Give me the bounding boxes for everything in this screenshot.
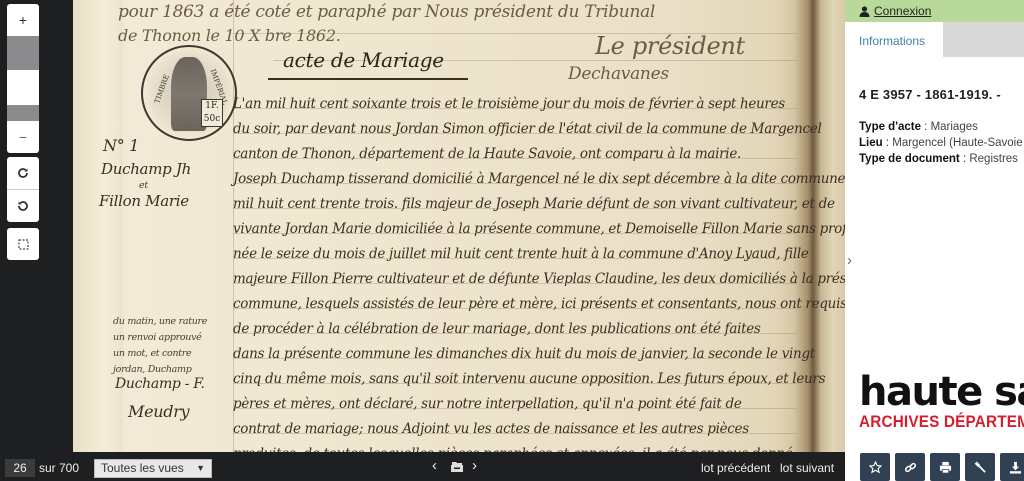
- body-line: du soir, par devant nous Jordan Simon of…: [233, 121, 822, 137]
- selection-button[interactable]: [7, 228, 39, 260]
- signature-line: Dechavanes: [568, 64, 669, 84]
- previous-lot-link[interactable]: lot précédent: [701, 461, 770, 475]
- body-line: Joseph Duchamp tisserand domicilié à Mar…: [233, 171, 845, 187]
- viewer-toolbar: 26 sur 700 Toutes les vues ▼ ‹ › lot pré…: [0, 452, 845, 481]
- panel-header: Connexion: [845, 0, 1024, 22]
- wrench-icon: [974, 461, 987, 474]
- rotate-controls: [7, 157, 39, 222]
- zoom-slider[interactable]: [7, 36, 39, 121]
- meta-row: Lieu : Margencel (Haute-Savoie: [859, 135, 1023, 151]
- meta-key: Type de document: [859, 153, 960, 165]
- view-filter-select[interactable]: Toutes les vues ▼: [94, 459, 212, 478]
- document-metadata: Type d'acte : Mariages Lieu : Margencel …: [859, 119, 1023, 167]
- body-line: vivante Jordan Marie domiciliée à la pré…: [233, 221, 845, 237]
- document-title: 4 E 3957 - 1861-1919. -: [859, 87, 1001, 102]
- print-icon: [939, 461, 952, 474]
- title-underline: [268, 78, 468, 80]
- body-line: commune, lesquels assistés de leur père …: [233, 296, 845, 312]
- zoom-out-button[interactable]: −: [7, 121, 39, 153]
- body-line: mil huit cent trente trois. fils majeur …: [233, 196, 835, 212]
- body-line: canton de Thonon, département de la Haut…: [233, 146, 741, 162]
- margin-name: Duchamp Jh: [101, 160, 191, 178]
- body-line: pères et mères, ont déclaré, sur notre i…: [233, 396, 742, 412]
- document-image[interactable]: pour 1863 a été coté et paraphé par Nous…: [73, 0, 845, 452]
- margin-note: un renvoi approuvé: [113, 332, 201, 343]
- rotate-left-button[interactable]: [7, 190, 39, 222]
- rotate-cw-icon: [17, 167, 29, 179]
- permalink-button[interactable]: [895, 453, 925, 481]
- logo-text: haute sa: [859, 372, 1024, 412]
- body-line: dans la présente commune les dimanches d…: [233, 346, 815, 362]
- link-icon: [904, 461, 917, 474]
- tools-button[interactable]: [965, 453, 995, 481]
- stamp-text: TIMBRE: [153, 73, 171, 104]
- tab-bar-filler: [943, 22, 1024, 57]
- image-viewer[interactable]: pour 1863 a été coté et paraphé par Nous…: [0, 0, 845, 452]
- page-total: sur 700: [39, 461, 79, 475]
- rotate-right-button[interactable]: [7, 157, 39, 189]
- margin-signature: Duchamp - F.: [115, 376, 205, 392]
- gallery-icon: [450, 460, 464, 473]
- body-line: contrat de mariage; nous Adjoint vu les …: [233, 421, 749, 437]
- meta-value: Mariages: [931, 121, 978, 133]
- meta-row: Type d'acte : Mariages: [859, 119, 1023, 135]
- meta-row: Type de document : Registres: [859, 151, 1023, 167]
- rotate-ccw-icon: [17, 200, 29, 212]
- margin-note: du matin, une rature: [113, 316, 207, 327]
- body-line: née le seize du mois de juillet mil huit…: [233, 246, 809, 262]
- zoom-stack: + −: [7, 4, 39, 153]
- info-panel: Connexion Informations 4 E 3957 - 1861-1…: [845, 0, 1024, 481]
- margin-note: jordan, Duchamp: [113, 364, 192, 375]
- logo-subtitle: ARCHIVES DÉPARTEM: [859, 412, 1024, 432]
- panel-tabs: Informations: [845, 22, 1024, 57]
- minus-icon: −: [19, 129, 27, 145]
- archives-logo: haute sa ARCHIVES DÉPARTEM: [859, 372, 1024, 432]
- login-link[interactable]: Connexion: [874, 4, 931, 18]
- download-button[interactable]: [1000, 453, 1024, 481]
- margin-number: N° 1: [103, 136, 139, 155]
- next-view-button[interactable]: ›: [472, 457, 477, 474]
- margin-conj: et: [139, 180, 148, 191]
- download-icon: [1009, 461, 1022, 474]
- meta-key: Type d'acte: [859, 121, 921, 133]
- margin-name: Fillon Marie: [99, 192, 189, 210]
- tool-buttons: [860, 453, 1024, 481]
- header-line: pour 1863 a été coté et paraphé par Nous…: [118, 2, 655, 22]
- print-button[interactable]: [930, 453, 960, 481]
- signature-line: Le président: [595, 32, 745, 60]
- stamp-value: 1F.50c: [201, 99, 223, 127]
- body-line: cinq du même mois, sans qu'il soit inter…: [233, 371, 825, 387]
- view-filter-value: Toutes les vues: [101, 461, 184, 475]
- favorite-button[interactable]: [860, 453, 890, 481]
- meta-value: Margencel (Haute-Savoie: [892, 137, 1022, 149]
- body-line: L'an mil huit cent soixante trois et le …: [233, 96, 785, 112]
- margin-signature: Meudry: [128, 402, 189, 421]
- zoom-slider-track: [7, 105, 39, 121]
- margin-note: un mot, et contre: [113, 348, 191, 359]
- meta-value: Registres: [969, 153, 1018, 165]
- next-lot-link[interactable]: lot suivant: [780, 461, 834, 475]
- star-icon: [869, 461, 882, 474]
- body-line: de procéder à la célébration de leur mar…: [233, 321, 761, 337]
- chevron-down-icon: ▼: [196, 460, 205, 477]
- user-icon: [859, 6, 870, 17]
- tab-informations[interactable]: Informations: [845, 22, 943, 57]
- gallery-button[interactable]: [450, 460, 464, 473]
- header-line: de Thonon le 10 X bre 1862.: [118, 26, 340, 45]
- meta-key: Lieu: [859, 137, 883, 149]
- zoom-slider-track: [7, 36, 39, 70]
- expand-panel-button[interactable]: ›: [847, 252, 852, 269]
- dashed-square-icon: [18, 239, 29, 250]
- plus-icon: +: [19, 12, 27, 28]
- zoom-in-button[interactable]: +: [7, 4, 39, 36]
- imperial-stamp: TIMBRE IMPÉRIAL 1F.50c: [141, 45, 237, 141]
- previous-view-button[interactable]: ‹: [432, 457, 437, 474]
- act-title: acte de Mariage: [283, 48, 444, 72]
- zoom-controls: + −: [7, 4, 39, 260]
- body-line: majeure Fillon Pierre cultivateur et de …: [233, 271, 845, 287]
- page-number-input[interactable]: 26: [5, 459, 35, 477]
